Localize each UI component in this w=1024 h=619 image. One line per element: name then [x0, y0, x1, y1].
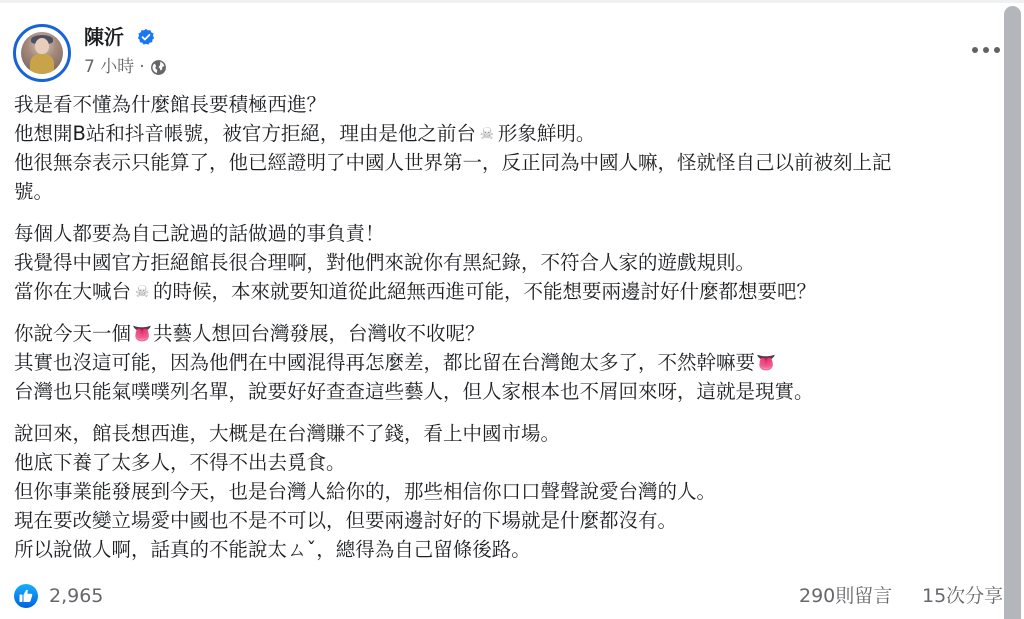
paragraph-1: 我是看不懂為什麼館長要積極西進？ 他想開B站和抖音帳號，被官方拒絕，理由是他之前…: [14, 90, 999, 206]
verified-badge-icon: [137, 28, 155, 46]
text-line: 說回來，館長想西進，大概是在台灣賺不了錢，看上中國市場。: [14, 419, 999, 448]
post-timestamp[interactable]: 7 小時: [84, 56, 134, 78]
scrollbar-thumb[interactable]: [1004, 6, 1021, 619]
more-options-icon-dot: [994, 47, 1000, 53]
text-line: 他很無奈表示只能算了，他已經證明了中國人世界第一，反正同為中國人嘛，怪就怪自己以…: [14, 148, 999, 177]
avatar-image: [21, 32, 63, 74]
text-line: 所以說做人啊，話真的不能說太ㄙˇ，總得為自己留條後路。: [14, 535, 999, 564]
more-options-button[interactable]: [972, 40, 1000, 60]
text-line: 當你在大喊台☠的時候，本來就要知道從此絕無西進可能，不能想要兩邊討好什麼都想要吧…: [14, 277, 999, 306]
text-line: 我是看不懂為什麼館長要積極西進？: [14, 90, 999, 119]
thumbs-up-icon[interactable]: [14, 584, 38, 608]
globe-icon[interactable]: [150, 59, 167, 76]
facebook-post: 陳沂 7 小時 · 我是看不懂為什麼館長要積極西進？ 他想開B站和抖音帳號，被官…: [0, 0, 1002, 619]
paragraph-2: 每個人都要為自己說過的話做過的事負責！ 我覺得中國官方拒絕館長很合理啊，對他們來…: [14, 219, 999, 306]
post-meta: 7 小時 ·: [84, 56, 167, 78]
text-line: 號。: [14, 177, 999, 206]
post-body: 我是看不懂為什麼館長要積極西進？ 他想開B站和抖音帳號，被官方拒絕，理由是他之前…: [14, 90, 999, 577]
text-line: 現在要改變立場愛中國也不是不可以，但要兩邊討好的下場就是什麼都沒有。: [14, 506, 999, 535]
text-line: 每個人都要為自己說過的話做過的事負責！: [14, 219, 999, 248]
tongue-emoji-icon: 👅: [131, 319, 153, 348]
tongue-emoji-icon: 👅: [755, 348, 777, 377]
text-line: 但你事業能發展到今天，也是台灣人給你的，那些相信你口口聲聲說愛台灣的人。: [14, 477, 999, 506]
author-name[interactable]: 陳沂: [84, 24, 124, 50]
text-line: 我覺得中國官方拒絕館長很合理啊，對他們來說你有黑紀錄，不符合人家的遊戲規則。: [14, 248, 999, 277]
text-line: 他想開B站和抖音帳號，被官方拒絕，理由是他之前台☠形象鮮明。: [14, 119, 999, 148]
skull-emoji-icon: ☠: [131, 277, 153, 306]
avatar[interactable]: [13, 24, 71, 82]
skull-emoji-icon: ☠: [476, 119, 498, 148]
text-line: 其實也沒這可能，因為他們在中國混得再怎麼差，都比留在台灣飽太多了，不然幹嘛要👅: [14, 348, 999, 377]
more-options-icon-dot: [983, 47, 989, 53]
shares-count-link[interactable]: 15次分享: [922, 584, 1002, 608]
meta-separator: ·: [139, 56, 144, 78]
more-options-icon-dot: [972, 47, 978, 53]
like-count[interactable]: 2,965: [49, 584, 103, 608]
comments-count-link[interactable]: 290則留言: [799, 584, 892, 608]
scrollbar-track[interactable]: [1002, 3, 1024, 619]
text-line: 你說今天一個👅共藝人想回台灣發展，台灣收不收呢？: [14, 319, 999, 348]
text-line: 台灣也只能氣噗噗列名單，說要好好查查這些藝人，但人家根本也不屑回來呀，這就是現實…: [14, 377, 999, 406]
paragraph-4: 說回來，館長想西進，大概是在台灣賺不了錢，看上中國市場。 他底下養了太多人，不得…: [14, 419, 999, 564]
paragraph-3: 你說今天一個👅共藝人想回台灣發展，台灣收不收呢？ 其實也沒這可能，因為他們在中國…: [14, 319, 999, 406]
text-line: 他底下養了太多人，不得不出去覓食。: [14, 448, 999, 477]
